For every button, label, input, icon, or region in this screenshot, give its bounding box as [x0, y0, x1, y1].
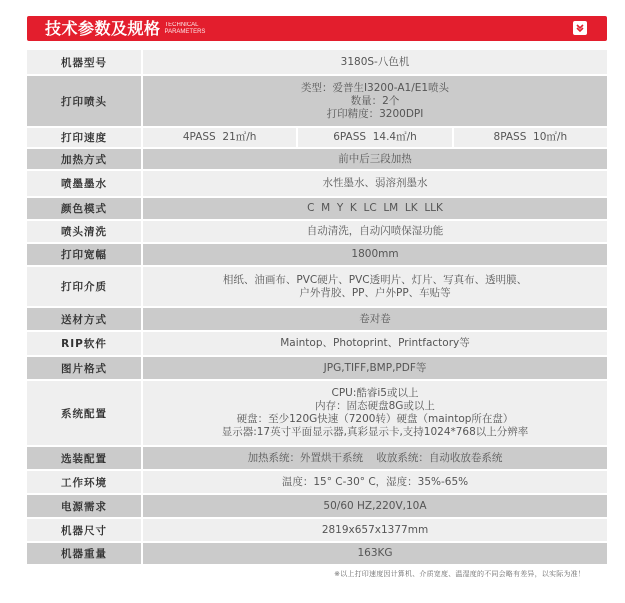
spec-value: 自动清洗，自动闪喷保湿功能: [143, 221, 607, 242]
spec-value-line: 数量：2个: [351, 95, 400, 108]
spec-row: 喷头清洗自动清洗，自动闪喷保湿功能: [27, 221, 607, 244]
spec-value: 相纸、油画布、PVC硬片、PVC透明片、灯片、写真布、透明膜、户外背胶、PP、户…: [143, 267, 607, 306]
spec-value-line: Maintop、Photoprint、Printfactory等: [280, 337, 470, 350]
spec-label: 系统配置: [27, 381, 143, 445]
section-subtitle-line2: PARAMETERS: [165, 29, 206, 36]
spec-value-line: 显示器:17英寸平面显示器,真彩显示卡,支持1024*768以上分辨率: [222, 426, 529, 439]
spec-value-line: 6PASS 14.4㎡/h: [333, 131, 417, 144]
spec-value-cell: CPU:酷睿i5或以上内存：固态硬盘8G或以上硬盘：至少120G快速（7200转…: [143, 381, 607, 445]
spec-row: 选装配置加热系统：外置烘干系统 收放系统：自动收放卷系统: [27, 447, 607, 471]
spec-label: 喷头清洗: [27, 221, 143, 242]
spec-value-line: 8PASS 10㎡/h: [494, 131, 568, 144]
spec-value-cell: 相纸、油画布、PVC硬片、PVC透明片、灯片、写真布、透明膜、户外背胶、PP、户…: [143, 267, 607, 306]
spec-label: 打印介质: [27, 267, 143, 306]
spec-value-line: 内存：固态硬盘8G或以上: [315, 400, 435, 413]
spec-row: 打印介质相纸、油画布、PVC硬片、PVC透明片、灯片、写真布、透明膜、户外背胶、…: [27, 267, 607, 308]
spec-value: 3180S-八色机: [143, 50, 607, 74]
spec-value-cell: 6PASS 14.4㎡/h: [296, 128, 451, 147]
spec-value-line: 水性墨水、弱溶剂墨水: [323, 177, 428, 190]
spec-value-line: 硬盘：至少120G快速（7200转）硬盘（maintop所在盘）: [237, 413, 514, 426]
spec-value-line: 前中后三段加热: [338, 153, 412, 166]
spec-value-cell: 自动清洗，自动闪喷保湿功能: [143, 221, 607, 242]
spec-value-line: 相纸、油画布、PVC硬片、PVC透明片、灯片、写真布、透明膜、: [223, 274, 527, 287]
spec-row: 工作环境温度：15° C-30° C，湿度：35%-65%: [27, 471, 607, 495]
spec-label: 工作环境: [27, 471, 143, 493]
spec-label: 打印宽幅: [27, 244, 143, 265]
spec-value-cell: 加热系统：外置烘干系统 收放系统：自动收放卷系统: [143, 447, 607, 469]
section-title: 技术参数及规格: [45, 21, 161, 37]
spec-label: 打印喷头: [27, 76, 143, 126]
spec-value: 前中后三段加热: [143, 149, 607, 169]
spec-row: 图片格式JPG,TIFF,BMP,PDF等: [27, 357, 607, 381]
section-subtitle: TECHNICAL PARAMETERS: [165, 22, 206, 35]
spec-value-cell: 温度：15° C-30° C，湿度：35%-65%: [143, 471, 607, 493]
spec-value-cell: 4PASS 21㎡/h: [143, 128, 296, 147]
collapse-toggle-button[interactable]: [573, 21, 587, 35]
spec-row: 打印速度4PASS 21㎡/h6PASS 14.4㎡/h8PASS 10㎡/h: [27, 128, 607, 149]
spec-value-cell: 前中后三段加热: [143, 149, 607, 169]
spec-row: 电源需求50/60 HZ,220V,10A: [27, 495, 607, 519]
spec-value-line: 50/60 HZ,220V,10A: [323, 500, 426, 513]
spec-value: 水性墨水、弱溶剂墨水: [143, 171, 607, 196]
spec-value: Maintop、Photoprint、Printfactory等: [143, 332, 607, 355]
spec-label: 颜色模式: [27, 198, 143, 219]
spec-value: 加热系统：外置烘干系统 收放系统：自动收放卷系统: [143, 447, 607, 469]
spec-value-cell: Maintop、Photoprint、Printfactory等: [143, 332, 607, 355]
spec-value-line: CPU:酷睿i5或以上: [332, 387, 419, 400]
spec-value-line: 加热系统：外置烘干系统 收放系统：自动收放卷系统: [248, 452, 503, 465]
spec-value-cell: 水性墨水、弱溶剂墨水: [143, 171, 607, 196]
spec-value: JPG,TIFF,BMP,PDF等: [143, 357, 607, 379]
spec-label: 加热方式: [27, 149, 143, 169]
spec-label: 送材方式: [27, 308, 143, 330]
spec-row: 颜色模式C M Y K LC LM LK LLK: [27, 198, 607, 221]
spec-value-line: JPG,TIFF,BMP,PDF等: [324, 362, 427, 375]
spec-value-line: 自动清洗，自动闪喷保湿功能: [307, 225, 444, 238]
spec-label: 图片格式: [27, 357, 143, 379]
spec-label: 喷墨墨水: [27, 171, 143, 196]
spec-value-line: 打印精度：3200DPI: [327, 108, 424, 121]
spec-value-line: 类型：爱普生I3200-A1/E1喷头: [301, 82, 449, 95]
spec-value-line: 温度：15° C-30° C，湿度：35%-65%: [282, 476, 468, 489]
spec-value-line: C M Y K LC LM LK LLK: [307, 202, 443, 215]
spec-value-line: 163KG: [357, 547, 392, 560]
spec-value-line: 2819x657x1377mm: [322, 524, 428, 537]
spec-value: 1800mm: [143, 244, 607, 265]
spec-value-line: 3180S-八色机: [341, 56, 410, 69]
spec-value-cell: 1800mm: [143, 244, 607, 265]
spec-value: 163KG: [143, 543, 607, 564]
spec-value: 2819x657x1377mm: [143, 519, 607, 541]
spec-value-cell: 类型：爱普生I3200-A1/E1喷头数量：2个打印精度：3200DPI: [143, 76, 607, 126]
spec-value-cell: JPG,TIFF,BMP,PDF等: [143, 357, 607, 379]
spec-row: 加热方式前中后三段加热: [27, 149, 607, 171]
spec-label: RIP软件: [27, 332, 143, 355]
spec-value-line: 户外背胶、PP、户外PP、车贴等: [299, 287, 450, 300]
spec-value-cell: C M Y K LC LM LK LLK: [143, 198, 607, 219]
spec-row: 机器尺寸2819x657x1377mm: [27, 519, 607, 543]
spec-label: 打印速度: [27, 128, 143, 147]
spec-value: 类型：爱普生I3200-A1/E1喷头数量：2个打印精度：3200DPI: [143, 76, 607, 126]
spec-value: C M Y K LC LM LK LLK: [143, 198, 607, 219]
spec-value: 50/60 HZ,220V,10A: [143, 495, 607, 517]
footnote: ※以上打印速度因计算机、介质宽度、温湿度的不同会略有差异，以实际为准！: [334, 569, 585, 579]
spec-row: 打印喷头类型：爱普生I3200-A1/E1喷头数量：2个打印精度：3200DPI: [27, 76, 607, 128]
spec-value-cell: 8PASS 10㎡/h: [452, 128, 607, 147]
spec-value-cell: 163KG: [143, 543, 607, 564]
spec-label: 电源需求: [27, 495, 143, 517]
spec-value-cell: 2819x657x1377mm: [143, 519, 607, 541]
spec-value-line: 1800mm: [351, 248, 398, 261]
spec-value-line: 4PASS 21㎡/h: [183, 131, 257, 144]
spec-row: 机器重量163KG: [27, 543, 607, 566]
spec-row: 系统配置CPU:酷睿i5或以上内存：固态硬盘8G或以上硬盘：至少120G快速（7…: [27, 381, 607, 447]
spec-row: 喷墨墨水水性墨水、弱溶剂墨水: [27, 171, 607, 198]
section-header: 技术参数及规格 TECHNICAL PARAMETERS: [27, 16, 607, 41]
spec-table: 机器型号3180S-八色机打印喷头类型：爱普生I3200-A1/E1喷头数量：2…: [27, 50, 607, 566]
spec-value-cell: 50/60 HZ,220V,10A: [143, 495, 607, 517]
spec-label: 选装配置: [27, 447, 143, 469]
spec-value: 温度：15° C-30° C，湿度：35%-65%: [143, 471, 607, 493]
spec-value-line: 卷对卷: [359, 313, 391, 326]
spec-row: 机器型号3180S-八色机: [27, 50, 607, 76]
spec-value: 4PASS 21㎡/h6PASS 14.4㎡/h8PASS 10㎡/h: [143, 128, 607, 147]
double-chevron-down-icon: [575, 23, 585, 33]
spec-label: 机器重量: [27, 543, 143, 564]
spec-label: 机器型号: [27, 50, 143, 74]
spec-row: 送材方式卷对卷: [27, 308, 607, 332]
spec-value: 卷对卷: [143, 308, 607, 330]
spec-value-cell: 卷对卷: [143, 308, 607, 330]
spec-label: 机器尺寸: [27, 519, 143, 541]
spec-value-cell: 3180S-八色机: [143, 50, 607, 74]
spec-value: CPU:酷睿i5或以上内存：固态硬盘8G或以上硬盘：至少120G快速（7200转…: [143, 381, 607, 445]
spec-row: 打印宽幅1800mm: [27, 244, 607, 267]
spec-row: RIP软件Maintop、Photoprint、Printfactory等: [27, 332, 607, 357]
